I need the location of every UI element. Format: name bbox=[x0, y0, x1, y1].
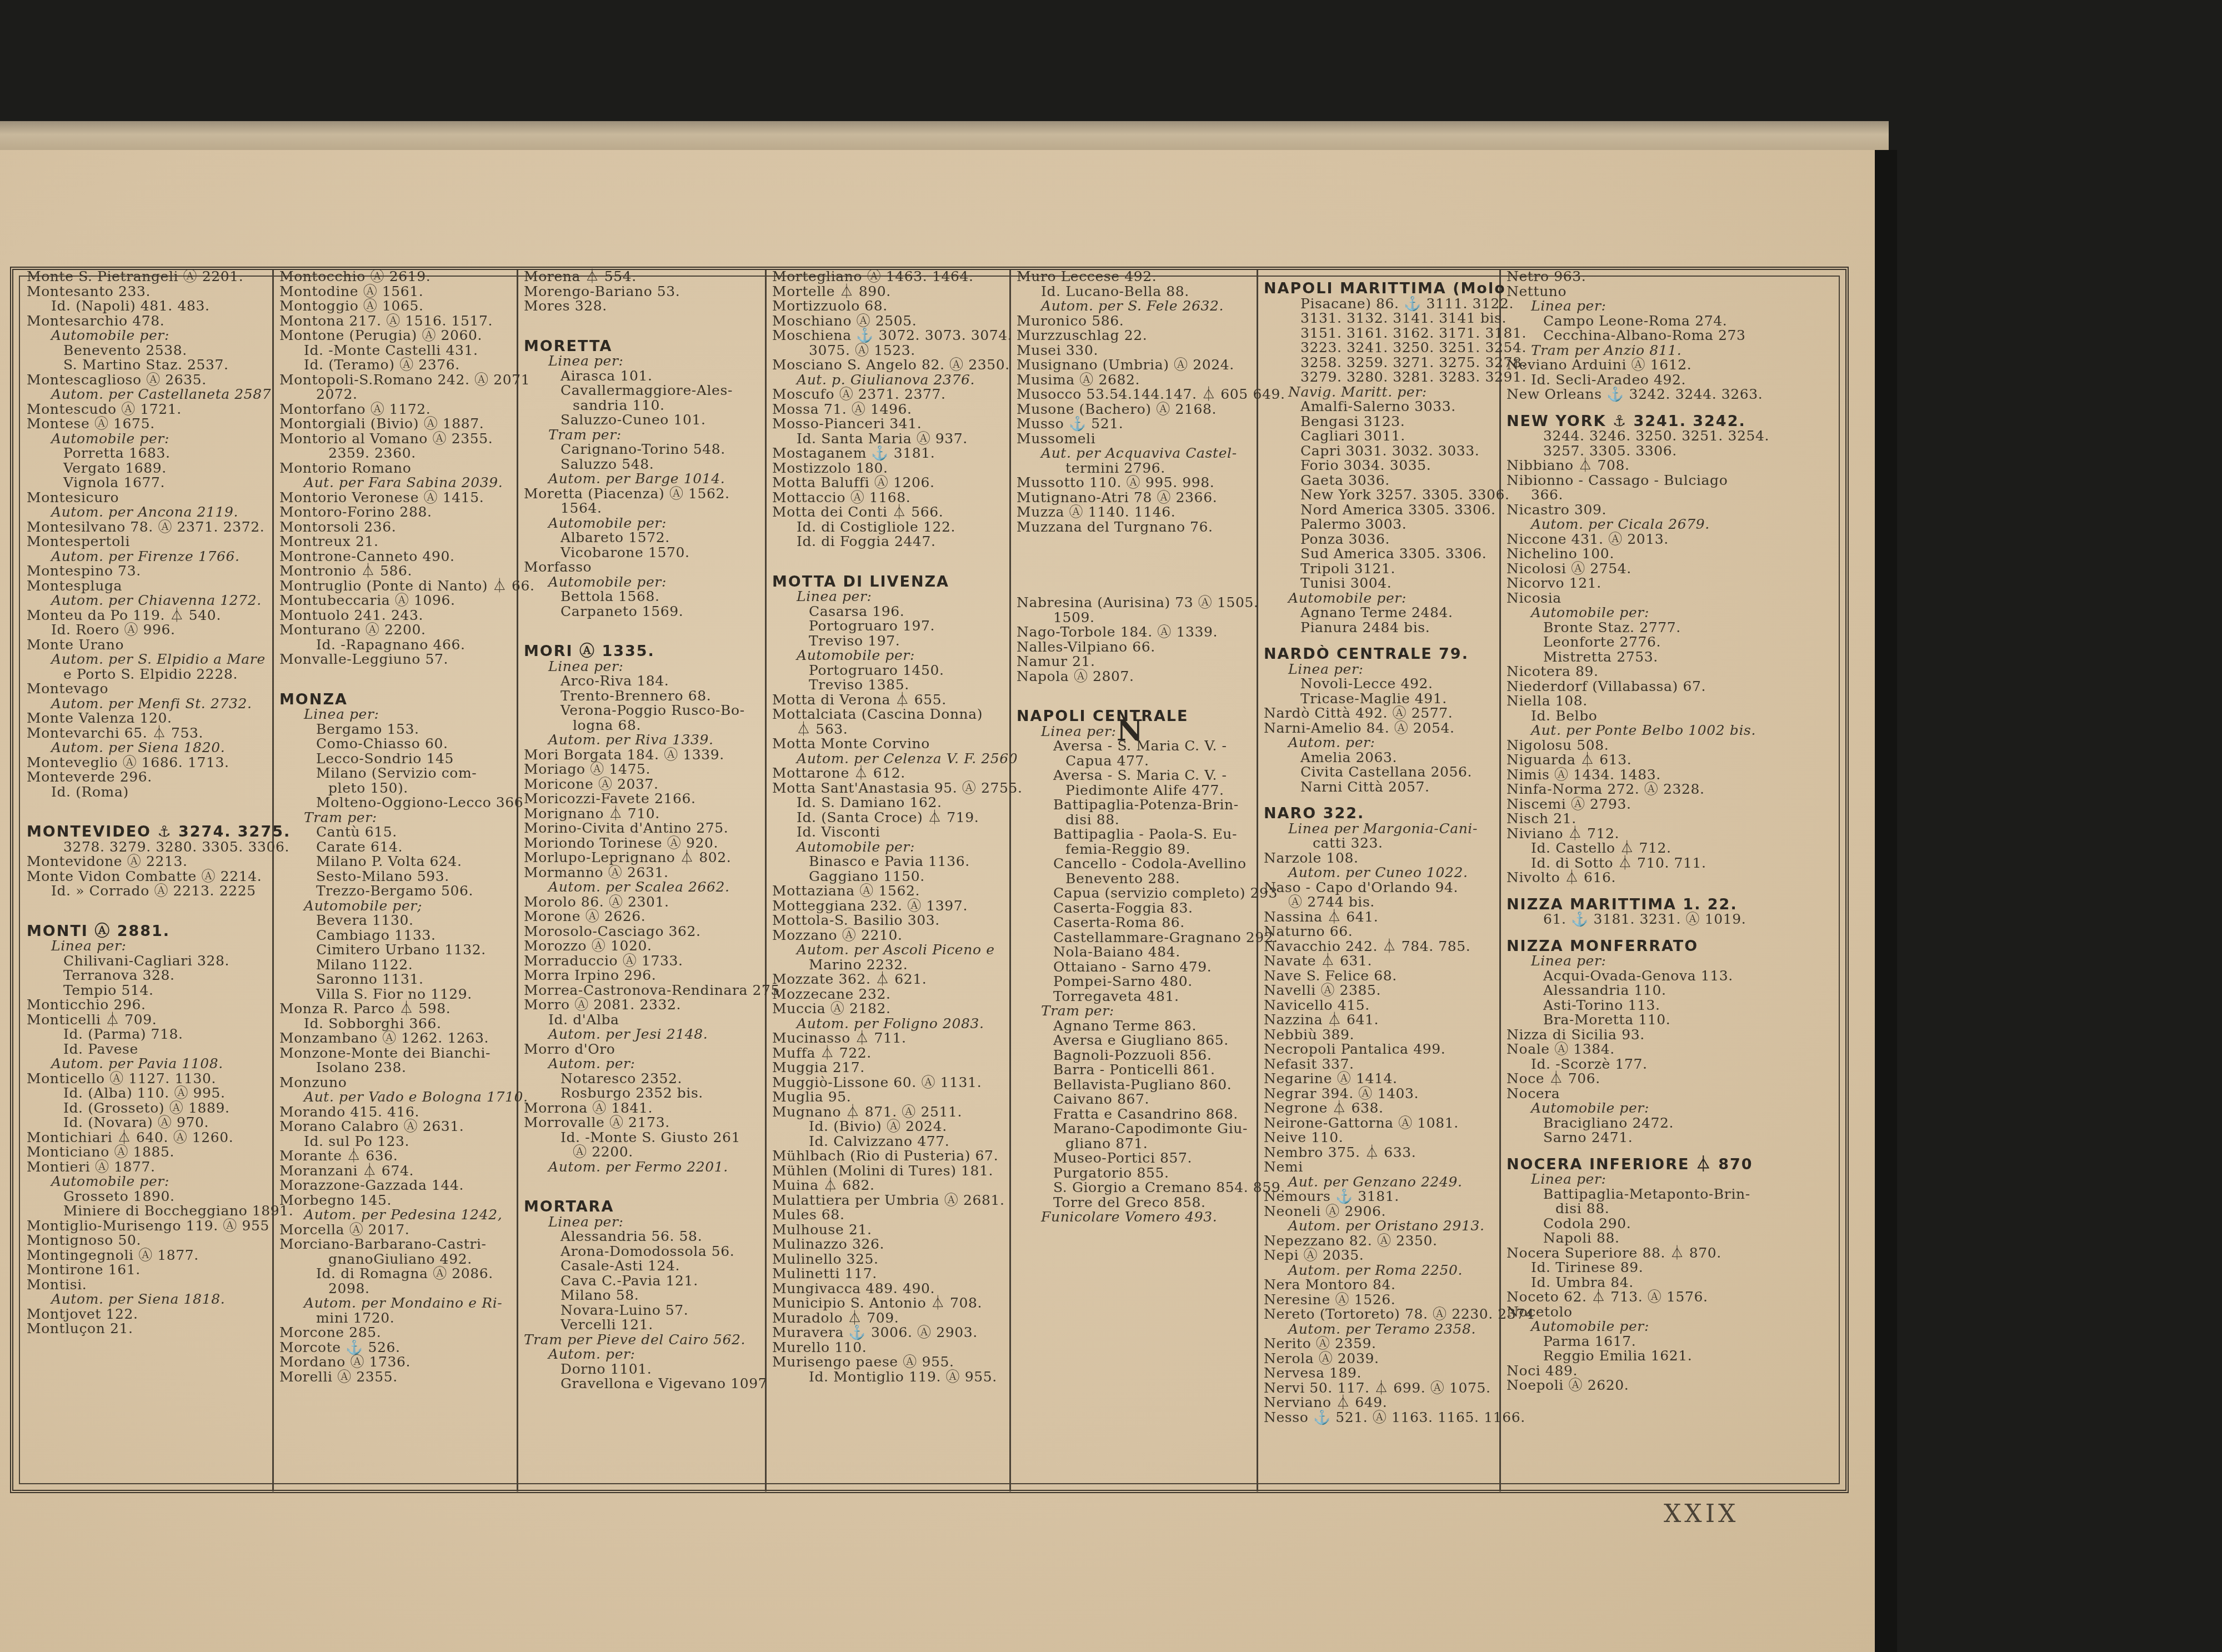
index-subentry: 3257. 3305. 3306. bbox=[1507, 444, 1752, 459]
index-continuation: 2098. bbox=[279, 1281, 512, 1296]
index-continuation: Ⓐ 2200. bbox=[524, 1145, 760, 1160]
index-entry: Monte S. Pietrangeli Ⓐ 2201. bbox=[27, 269, 268, 284]
index-subentry: Narni Città 2057. bbox=[1264, 780, 1495, 795]
spacer bbox=[27, 899, 268, 912]
connection-label: Autom. per Scalea 2662. bbox=[524, 880, 760, 895]
index-continuation: femia-Reggio 89. bbox=[1017, 842, 1252, 857]
index-entry: Mostaganem ⚓ 3181. bbox=[772, 446, 1005, 461]
index-entry: Neoneli Ⓐ 2906. bbox=[1264, 1204, 1495, 1219]
index-subentry: Id. (Alba) 110. Ⓐ 995. bbox=[27, 1086, 268, 1101]
index-entry: Nazzina ⏃ 641. bbox=[1264, 1013, 1495, 1028]
index-continuation: Benevento 288. bbox=[1017, 872, 1252, 887]
index-subentry: 3151. 3161. 3162. 3171. 3181. bbox=[1264, 326, 1495, 341]
index-subentry: Id. -Monte S. Giusto 261 bbox=[524, 1130, 760, 1145]
index-subentry: Parma 1617. bbox=[1507, 1334, 1752, 1349]
book-top-edge bbox=[0, 121, 1889, 154]
index-entry: Nemours ⚓ 3181. bbox=[1264, 1189, 1495, 1204]
index-subentry: Id. (Napoli) 481. 483. bbox=[27, 299, 268, 314]
index-subentry: Tunisi 3004. bbox=[1264, 576, 1495, 591]
index-entry: Mulinazzo 326. bbox=[772, 1237, 1005, 1252]
index-entry: Niella 108. bbox=[1507, 694, 1752, 709]
index-entry: Nimis Ⓐ 1434. 1483. bbox=[1507, 768, 1752, 783]
index-entry: Nicosia bbox=[1507, 591, 1752, 606]
index-subentry: 1509. bbox=[1017, 610, 1252, 625]
index-entry: Murisengo paese Ⓐ 955. bbox=[772, 1355, 1005, 1370]
index-subentry: Id. di Foggia 2447. bbox=[772, 534, 1005, 549]
index-subentry: Agnano Terme 2484. bbox=[1264, 605, 1495, 620]
connection-label: Autom. per Mondaino e Ri- bbox=[279, 1296, 512, 1311]
index-entry: Montevarchi 65. ⏃ 753. bbox=[27, 726, 268, 741]
index-column-3: Morena ⏃ 554.Morengo-Bariano 53.Mores 32… bbox=[518, 269, 767, 1491]
connection-label: Autom. per Siena 1820. bbox=[27, 740, 268, 755]
index-subentry: Id. Sobborghi 366. bbox=[279, 1017, 512, 1032]
index-subentry: Binasco e Pavia 1136. bbox=[772, 854, 1005, 869]
index-entry: Nibbiano ⏃ 708. bbox=[1507, 458, 1752, 473]
connection-label: Linea per Margonia-Cani- bbox=[1264, 822, 1495, 837]
index-entry: Monticello Ⓐ 1127. 1130. bbox=[27, 1072, 268, 1087]
index-entry: Muccia Ⓐ 2182. bbox=[772, 1002, 1005, 1017]
index-subentry: Caivano 867. bbox=[1017, 1092, 1252, 1107]
index-subentry: Castellammare-Gragnano 292. bbox=[1017, 930, 1252, 945]
index-entry: Montrone-Canneto 490. bbox=[279, 549, 512, 564]
index-entry: Mordano Ⓐ 1736. bbox=[279, 1355, 512, 1370]
index-entry: Monteu da Po 119. ⏃ 540. bbox=[27, 608, 268, 623]
index-subentry: Tempio 514. bbox=[27, 983, 268, 998]
index-subentry: Saronno 1131. bbox=[279, 972, 512, 987]
index-entry: Niederdorf (Villabassa) 67. bbox=[1507, 679, 1752, 694]
index-subentry: Cava C.-Pavia 121. bbox=[524, 1274, 760, 1289]
index-subentry: Gravellona e Vigevano 1097 bbox=[524, 1376, 760, 1391]
index-entry: Navate ⏃ 631. bbox=[1264, 954, 1495, 969]
index-subentry: Pompei-Sarno 480. bbox=[1017, 974, 1252, 989]
index-subentry: Id. (Santa Croce) ⏃ 719. bbox=[772, 810, 1005, 825]
index-entry: Montiglio-Murisengo 119. Ⓐ 955 bbox=[27, 1219, 268, 1234]
index-entry: Mühlen (Molini di Tures) 181. bbox=[772, 1164, 1005, 1179]
index-continuation: logna 68. bbox=[524, 718, 760, 733]
connection-label: Autom. per Menfi St. 2732. bbox=[27, 697, 268, 712]
index-entry: Niccone 431. Ⓐ 2013. bbox=[1507, 532, 1752, 547]
index-entry: Morbegno 145. bbox=[279, 1193, 512, 1208]
index-entry: Namur 21. bbox=[1017, 654, 1252, 669]
index-subentry: Id. Visconti bbox=[772, 825, 1005, 840]
index-entry: Morra Irpino 296. bbox=[524, 968, 760, 983]
index-subentry: New York 3257. 3305. 3306. bbox=[1264, 488, 1495, 503]
index-entry: Nardò Città 492. Ⓐ 2577. bbox=[1264, 706, 1495, 721]
index-entry: Muggia 217. bbox=[772, 1060, 1005, 1075]
connection-label: Linea per: bbox=[279, 707, 512, 722]
index-entry: Musima Ⓐ 2682. bbox=[1017, 373, 1252, 388]
spacer bbox=[524, 314, 760, 327]
index-continuation: gnanoGiuliano 492. bbox=[279, 1252, 512, 1267]
index-entry: Mules 68. bbox=[772, 1208, 1005, 1223]
index-subentry: Tricase-Maglie 491. bbox=[1264, 692, 1495, 707]
index-entry: Montjovet 122. bbox=[27, 1307, 268, 1322]
index-subentry: Id. -Monte Castelli 431. bbox=[279, 343, 512, 358]
index-subentry: Bevera 1130. bbox=[279, 913, 512, 928]
index-entry: Niguarda ⏃ 613. bbox=[1507, 753, 1752, 768]
index-subentry: 3279. 3280. 3281. 3283. 3291. bbox=[1264, 370, 1495, 385]
connection-label: Automobile per: bbox=[524, 516, 760, 531]
index-entry: Nemi bbox=[1264, 1160, 1495, 1175]
index-entry: Montopoli-S.Romano 242. Ⓐ 2071 bbox=[279, 373, 512, 388]
index-entry: Nesso ⚓ 521. Ⓐ 1163. 1165. 1166. bbox=[1264, 1410, 1495, 1425]
index-subentry: Forio 3034. 3035. bbox=[1264, 458, 1495, 473]
index-subentry: Milano (Servizio com- bbox=[279, 766, 512, 781]
index-entry: Monvalle-Leggiuno 57. bbox=[279, 652, 512, 667]
connection-label: Autom. per Pavia 1108. bbox=[27, 1057, 268, 1072]
index-entry: Morrea-Castronova-Rendinara 275 bbox=[524, 983, 760, 998]
index-continuation: 2359. 2360. bbox=[279, 446, 512, 461]
index-subentry: 366. bbox=[1507, 488, 1752, 503]
index-entry: Morlupo-Leprignano ⏃ 802. bbox=[524, 850, 760, 865]
index-subentry: Id. -Scorzè 177. bbox=[1507, 1057, 1752, 1072]
index-entry: Nassina ⏃ 641. bbox=[1264, 910, 1495, 925]
index-continuation: Piedimonte Alife 477. bbox=[1017, 783, 1252, 798]
index-entry: Montorio Veronese Ⓐ 1415. bbox=[279, 490, 512, 505]
connection-label: Autom. per Cicala 2679. bbox=[1507, 517, 1752, 532]
index-entry: Montescaglioso Ⓐ 2635. bbox=[27, 373, 268, 388]
index-subentry: Bergamo 153. bbox=[279, 722, 512, 737]
station-heading: NARO 322. bbox=[1264, 807, 1495, 822]
section-break bbox=[1017, 534, 1252, 595]
index-entry: Neviano Arduini Ⓐ 1612. bbox=[1507, 358, 1752, 373]
connection-label: Autom. per: bbox=[524, 1347, 760, 1362]
index-entry: Mortelle ⏃ 890. bbox=[772, 284, 1005, 299]
index-subentry: Carpaneto 1569. bbox=[524, 604, 760, 619]
index-entry: Nocetolo bbox=[1507, 1305, 1752, 1320]
index-entry: Nabresina (Aurisina) 73 Ⓐ 1505. bbox=[1017, 595, 1252, 610]
index-subentry: Bagnoli-Pozzuoli 856. bbox=[1017, 1048, 1252, 1063]
index-subentry: Bra-Moretta 110. bbox=[1507, 1013, 1752, 1028]
index-subentry: Sud America 3305. 3306. bbox=[1264, 547, 1495, 562]
index-entry: Murzzuschlag 22. bbox=[1017, 328, 1252, 343]
index-subentry: Isolano 238. bbox=[279, 1060, 512, 1075]
index-subentry: Cimitero Urbano 1132. bbox=[279, 943, 512, 958]
index-entry: Muzza Ⓐ 1140. 1146. bbox=[1017, 505, 1252, 520]
index-entry: Montronio ⏃ 586. bbox=[279, 564, 512, 579]
index-entry: Mungivacca 489. 490. bbox=[772, 1281, 1005, 1296]
spacer bbox=[1017, 684, 1252, 697]
index-entry: Motta Sant'Anastasia 95. Ⓐ 2755. bbox=[772, 781, 1005, 796]
index-entry: Nettuno bbox=[1507, 284, 1752, 299]
index-entry: Nisch 21. bbox=[1507, 812, 1752, 827]
index-entry: Moschiano Ⓐ 2505. bbox=[772, 314, 1005, 329]
index-entry: Muro Leccese 492. bbox=[1017, 269, 1252, 284]
index-entry: Monteveglio Ⓐ 1686. 1713. bbox=[27, 755, 268, 770]
index-entry: Montona 217. Ⓐ 1516. 1517. bbox=[279, 314, 512, 329]
index-entry: Mulinetti 117. bbox=[772, 1266, 1005, 1281]
index-entry: Morazzone-Gazzada 144. bbox=[279, 1178, 512, 1193]
index-subentry: Ponza 3036. bbox=[1264, 532, 1495, 547]
index-subentry: Asti-Torino 113. bbox=[1507, 998, 1752, 1013]
index-entry: Morraduccio Ⓐ 1733. bbox=[524, 954, 760, 969]
index-entry: Montieri Ⓐ 1877. bbox=[27, 1160, 268, 1175]
index-subentry: 61. ⚓ 3181. 3231. Ⓐ 1019. bbox=[1507, 912, 1752, 927]
index-subentry: Pisacane) 86. ⚓ 3111. 3122. bbox=[1264, 297, 1495, 312]
index-entry: Montevidone Ⓐ 2213. bbox=[27, 854, 268, 869]
index-subentry: Bellavista-Pugliano 860. bbox=[1017, 1078, 1252, 1093]
index-entry: Mottaccio Ⓐ 1168. bbox=[772, 490, 1005, 505]
index-subentry: 2072. bbox=[279, 387, 512, 402]
index-subentry: Verona-Poggio Rusco-Bo- bbox=[524, 703, 760, 718]
index-entry: Mottalciata (Cascina Donna) bbox=[772, 707, 1005, 722]
index-entry: Mugnano ⏃ 871. Ⓐ 2511. bbox=[772, 1105, 1005, 1120]
index-entry: Naturno 66. bbox=[1264, 924, 1495, 939]
index-entry: Montesanto 233. bbox=[27, 284, 268, 299]
index-entry: Muglia 95. bbox=[772, 1090, 1005, 1105]
index-entry: Navicello 415. bbox=[1264, 998, 1495, 1013]
index-subentry: Id. Belbo bbox=[1507, 709, 1752, 724]
index-subentry: Rosburgo 2352 bis. bbox=[524, 1086, 760, 1101]
index-entry: Montisi. bbox=[27, 1278, 268, 1293]
station-heading: MONTEVIDEO ⚓ 3274. 3275. bbox=[27, 825, 268, 840]
connection-label: Autom. per Oristano 2913. bbox=[1264, 1219, 1495, 1234]
index-subentry: Purgatorio 855. bbox=[1017, 1166, 1252, 1181]
index-entry: Nereto (Tortoreto) 78. Ⓐ 2230. 2374 bbox=[1264, 1307, 1495, 1322]
index-entry: Negarine Ⓐ 1414. bbox=[1264, 1072, 1495, 1087]
index-subentry: 3131. 3132. 3141. 3141 bis. bbox=[1264, 311, 1495, 326]
index-subentry: Torre del Greco 858. bbox=[1017, 1195, 1252, 1210]
index-subentry: Vergato 1689. bbox=[27, 461, 268, 476]
index-subentry: Sarno 2471. bbox=[1507, 1130, 1752, 1145]
index-subentry: mini 1720. bbox=[279, 1311, 512, 1326]
index-entry: Neirone-Gattorna Ⓐ 1081. bbox=[1264, 1116, 1495, 1131]
index-subentry: Acqui-Ovada-Genova 113. bbox=[1507, 969, 1752, 984]
connection-label: Automobile per: bbox=[772, 648, 1005, 663]
index-entry: Nera Montoro 84. bbox=[1264, 1278, 1495, 1293]
index-subentry: Aversa e Giugliano 865. bbox=[1017, 1033, 1252, 1048]
index-entry: Motta dei Conti ⏃ 566. bbox=[772, 505, 1005, 520]
index-subentry: Fratta e Casandrino 868. bbox=[1017, 1107, 1252, 1122]
index-subentry: Id. Castello ⏃ 712. bbox=[1507, 841, 1752, 856]
index-subentry: Saluzzo-Cuneo 101. bbox=[524, 413, 760, 428]
index-subentry: 3244. 3246. 3250. 3251. 3254. bbox=[1507, 429, 1752, 444]
index-column-2: Montocchio Ⓐ 2619.Montodine Ⓐ 1561.Monto… bbox=[274, 269, 518, 1491]
index-subentry: Arona-Domodossola 56. bbox=[524, 1244, 760, 1259]
index-entry: Nicastro 309. bbox=[1507, 503, 1752, 518]
index-column-7: Netro 963.NettunoLinea per:Campo Leone-R… bbox=[1501, 269, 1756, 1491]
index-subentry: Id. Pavese bbox=[27, 1042, 268, 1057]
index-entry: Montocchio Ⓐ 2619. bbox=[279, 269, 512, 284]
connection-label: Automobile per: bbox=[27, 1174, 268, 1189]
index-entry: Ninfa-Norma 272. Ⓐ 2328. bbox=[1507, 782, 1752, 797]
index-subentry: Gaggiano 1150. bbox=[772, 869, 1005, 884]
index-subentry: Barra - Ponticelli 861. bbox=[1017, 1063, 1252, 1078]
index-entry: Montirone 161. bbox=[27, 1263, 268, 1278]
index-entry: Morignano ⏃ 710. bbox=[524, 807, 760, 822]
index-entry: Moricozzi-Favete 2166. bbox=[524, 792, 760, 807]
index-entry: Musei 330. bbox=[1017, 343, 1252, 358]
index-continuation: disi 88. bbox=[1507, 1202, 1752, 1217]
index-subentry: Id. (Parma) 718. bbox=[27, 1027, 268, 1042]
connection-label: Autom. per Foligno 2083. bbox=[772, 1017, 1005, 1032]
index-entry: Nerola Ⓐ 2039. bbox=[1264, 1351, 1495, 1366]
index-entry: Motta di Verona ⏃ 655. bbox=[772, 693, 1005, 708]
index-entry: Nepezzano 82. Ⓐ 2350. bbox=[1264, 1234, 1495, 1249]
index-subentry: Arco-Riva 184. bbox=[524, 674, 760, 689]
section-letter: N bbox=[1117, 714, 1143, 748]
index-subentry: Id. (Roma) bbox=[27, 785, 268, 800]
connection-label: Automobile per: bbox=[1264, 591, 1495, 606]
index-subentry: e Porto S. Elpidio 2228. bbox=[27, 667, 268, 682]
connection-label: Tram per: bbox=[1017, 1004, 1252, 1019]
index-entry: Moricone Ⓐ 2037. bbox=[524, 777, 760, 792]
index-entry: Necropoli Pantalica 499. bbox=[1264, 1042, 1495, 1057]
connection-label: Tram per Pieve del Cairo 562. bbox=[524, 1333, 760, 1348]
connection-label: Funicolare Vomero 493. bbox=[1017, 1210, 1252, 1225]
index-entry: Narni-Amelio 84. Ⓐ 2054. bbox=[1264, 721, 1495, 736]
index-entry: Mulattiera per Umbria Ⓐ 2681. bbox=[772, 1193, 1005, 1208]
index-entry: Morrovalle Ⓐ 2173. bbox=[524, 1115, 760, 1130]
index-subentry: Codola 290. bbox=[1507, 1217, 1752, 1232]
index-subentry: Portogruaro 197. bbox=[772, 619, 1005, 634]
connection-label: Linea per: bbox=[1507, 1172, 1752, 1187]
station-heading: MORETTA bbox=[524, 339, 760, 354]
index-entry: Mottaziana Ⓐ 1562. bbox=[772, 884, 1005, 899]
index-continuation: sandria 110. bbox=[524, 398, 760, 413]
connection-label: Autom. per S. Fele 2632. bbox=[1017, 299, 1252, 314]
index-entry: Moriago Ⓐ 1475. bbox=[524, 762, 760, 777]
connection-label: Linea per: bbox=[524, 1215, 760, 1230]
connection-label: Linea per: bbox=[1264, 662, 1495, 677]
index-entry: Montingegnoli Ⓐ 1877. bbox=[27, 1248, 268, 1263]
station-heading: NEW YORK ⚓ 3241. 3242. bbox=[1507, 414, 1752, 429]
connection-label: Automobile per: bbox=[1507, 605, 1752, 620]
index-subentry: Cecchina-Albano-Roma 273 bbox=[1507, 328, 1752, 343]
index-subentry: 3278. 3279. 3280. 3305. 3306. bbox=[27, 840, 268, 855]
index-entry: Montesicuro bbox=[27, 490, 268, 505]
index-subentry: Terranova 328. bbox=[27, 968, 268, 983]
index-entry: Montignoso 50. bbox=[27, 1233, 268, 1248]
index-subentry: Casarsa 196. bbox=[772, 604, 1005, 619]
index-entry: Mossa 71. Ⓐ 1496. bbox=[772, 402, 1005, 417]
index-entry: Moschiena ⚓ 3072. 3073. 3074. bbox=[772, 328, 1005, 343]
index-entry: Nalles-Vilpiano 66. bbox=[1017, 640, 1252, 655]
index-subentry: Marano-Capodimonte Giu- bbox=[1017, 1122, 1252, 1137]
index-entry: Muina ⏃ 682. bbox=[772, 1178, 1005, 1193]
index-entry: Muggiò-Lissone 60. Ⓐ 1131. bbox=[772, 1075, 1005, 1090]
index-subentry: Id. Tirinese 89. bbox=[1507, 1260, 1752, 1275]
index-entry: Mutignano-Atri 78 Ⓐ 2366. bbox=[1017, 490, 1252, 505]
station-heading: NIZZA MONFERRATO bbox=[1507, 939, 1752, 954]
index-entry: Musocco 53.54.144.147. ⏃ 605 649. bbox=[1017, 387, 1252, 402]
connection-label: Autom. per Ancona 2119. bbox=[27, 505, 268, 520]
index-subentry: Bronte Staz. 2777. bbox=[1507, 620, 1752, 635]
index-column-4: Mortegliano Ⓐ 1463. 1464.Mortelle ⏃ 890.… bbox=[767, 269, 1011, 1491]
index-entry: Mosciano S. Angelo 82. Ⓐ 2350. bbox=[772, 358, 1005, 373]
index-entry: Navelli Ⓐ 2385. bbox=[1264, 983, 1495, 998]
index-subentry: Id. d'Alba bbox=[524, 1013, 760, 1028]
index-entry: Monte Urano bbox=[27, 638, 268, 653]
index-subentry: Id. di Romagna Ⓐ 2086. bbox=[279, 1266, 512, 1281]
index-subentry: Torregaveta 481. bbox=[1017, 989, 1252, 1004]
index-entry: Netro 963. bbox=[1507, 269, 1752, 284]
index-subentry: Caserta-Roma 86. bbox=[1017, 915, 1252, 930]
index-subentry: Miniere di Boccheggiano 1891. bbox=[27, 1204, 268, 1219]
connection-label: Autom. per Roma 2250. bbox=[1264, 1263, 1495, 1278]
index-entry: Mucinasso ⏃ 711. bbox=[772, 1031, 1005, 1046]
index-entry: Montruglio (Ponte di Nanto) ⏃ 66. bbox=[279, 579, 512, 594]
index-entry: Mulhouse 21. bbox=[772, 1223, 1005, 1238]
index-subentry: Civita Castellana 2056. bbox=[1264, 765, 1495, 780]
index-entry: Nervesa 189. bbox=[1264, 1366, 1495, 1381]
index-subentry: Palermo 3003. bbox=[1264, 517, 1495, 532]
connection-label: Aut. per Genzano 2249. bbox=[1264, 1175, 1495, 1190]
index-entry: Montoro-Forino 288. bbox=[279, 505, 512, 520]
index-subentry: Tripoli 3121. bbox=[1264, 562, 1495, 577]
index-subentry: Novara-Luino 57. bbox=[524, 1303, 760, 1318]
connection-label: Aut. p. Giulianova 2376. bbox=[772, 373, 1005, 388]
index-entry: Mores 328. bbox=[524, 299, 760, 314]
index-entry: Montescudo Ⓐ 1721. bbox=[27, 402, 268, 417]
index-subentry: Milano P. Volta 624. bbox=[279, 854, 512, 869]
connection-label: Automobile per: bbox=[27, 328, 268, 343]
index-entry: Monte Valenza 120. bbox=[27, 711, 268, 726]
index-subentry: Id. di Sotto ⏃ 710. 711. bbox=[1507, 856, 1752, 871]
index-entry: Mottarone ⏃ 612. bbox=[772, 766, 1005, 781]
connection-label: Automobile per: bbox=[524, 575, 760, 590]
index-entry: Muronico 586. bbox=[1017, 314, 1252, 329]
index-entry: Neive 110. bbox=[1264, 1130, 1495, 1145]
spacer bbox=[772, 549, 1005, 563]
index-subentry: Id. Montiglio 119. Ⓐ 955. bbox=[772, 1370, 1005, 1385]
index-entry: Monticelli ⏃ 709. bbox=[27, 1013, 268, 1028]
index-entry: Nave S. Felice 68. bbox=[1264, 969, 1495, 984]
index-subentry: Villa S. Fior no 1129. bbox=[279, 987, 512, 1002]
connection-label: Autom. per Barge 1014. bbox=[524, 472, 760, 487]
connection-label: Autom. per Ascoli Piceno e bbox=[772, 943, 1005, 958]
index-entry: Montespluga bbox=[27, 579, 268, 594]
index-subentry: Id. (Grosseto) Ⓐ 1889. bbox=[27, 1101, 268, 1116]
index-subentry: Cavallermaggiore-Ales- bbox=[524, 383, 760, 398]
index-entry: Noale Ⓐ 1384. bbox=[1507, 1042, 1752, 1057]
index-entry: Mottola-S. Basilio 303. bbox=[772, 913, 1005, 928]
index-entry: Morando 415. 416. bbox=[279, 1105, 512, 1120]
index-entry: Montoggio Ⓐ 1065. bbox=[279, 299, 512, 314]
index-entry: Navacchio 242. ⏃ 784. 785. bbox=[1264, 939, 1495, 954]
index-subentry: Campo Leone-Roma 274. bbox=[1507, 314, 1752, 329]
index-subentry: Id. Lucano-Bella 88. bbox=[1017, 284, 1252, 299]
index-subentry: Marino 2232. bbox=[772, 958, 1005, 973]
index-entry: Morengo-Bariano 53. bbox=[524, 284, 760, 299]
index-entry: Montespertoli bbox=[27, 534, 268, 549]
index-subentry: Milano 58. bbox=[524, 1288, 760, 1303]
index-entry: Mozzecane 232. bbox=[772, 987, 1005, 1002]
index-entry: Monturano Ⓐ 2200. bbox=[279, 623, 512, 638]
index-entry: Nepi Ⓐ 2035. bbox=[1264, 1248, 1495, 1263]
index-entry: Monticiano Ⓐ 1885. bbox=[27, 1145, 268, 1160]
index-entry: Morfasso bbox=[524, 560, 760, 575]
index-subentry: Aversa - S. Maria C. V. - bbox=[1017, 768, 1252, 783]
index-entry: Mussotto 110. Ⓐ 995. 998. bbox=[1017, 475, 1252, 490]
index-entry: Nago-Torbole 184. Ⓐ 1339. bbox=[1017, 625, 1252, 640]
index-entry: Nerviano ⏃ 649. bbox=[1264, 1395, 1495, 1410]
index-subentry: Trento-Brennero 68. bbox=[524, 689, 760, 704]
index-entry: Montorfano Ⓐ 1172. bbox=[279, 402, 512, 417]
index-subentry: 3223. 3241. 3250. 3251. 3254. bbox=[1264, 341, 1495, 356]
index-subentry: Albareto 1572. bbox=[524, 530, 760, 545]
index-subentry: Bracigliano 2472. bbox=[1507, 1116, 1752, 1131]
connection-label: Automobile per: bbox=[1507, 1101, 1752, 1116]
index-subentry: Cambiago 1133. bbox=[279, 928, 512, 943]
index-entry: Moranzani ⏃ 674. bbox=[279, 1164, 512, 1179]
connection-label: Autom. per: bbox=[524, 1057, 760, 1072]
connection-label: Tram per: bbox=[279, 810, 512, 825]
index-continuation: termini 2796. bbox=[1017, 461, 1252, 476]
spacer bbox=[27, 799, 268, 813]
connection-label: Autom. per Celenza V. F. 2560 bbox=[772, 752, 1005, 767]
index-subentry: Id. (Novara) Ⓐ 970. bbox=[27, 1115, 268, 1130]
